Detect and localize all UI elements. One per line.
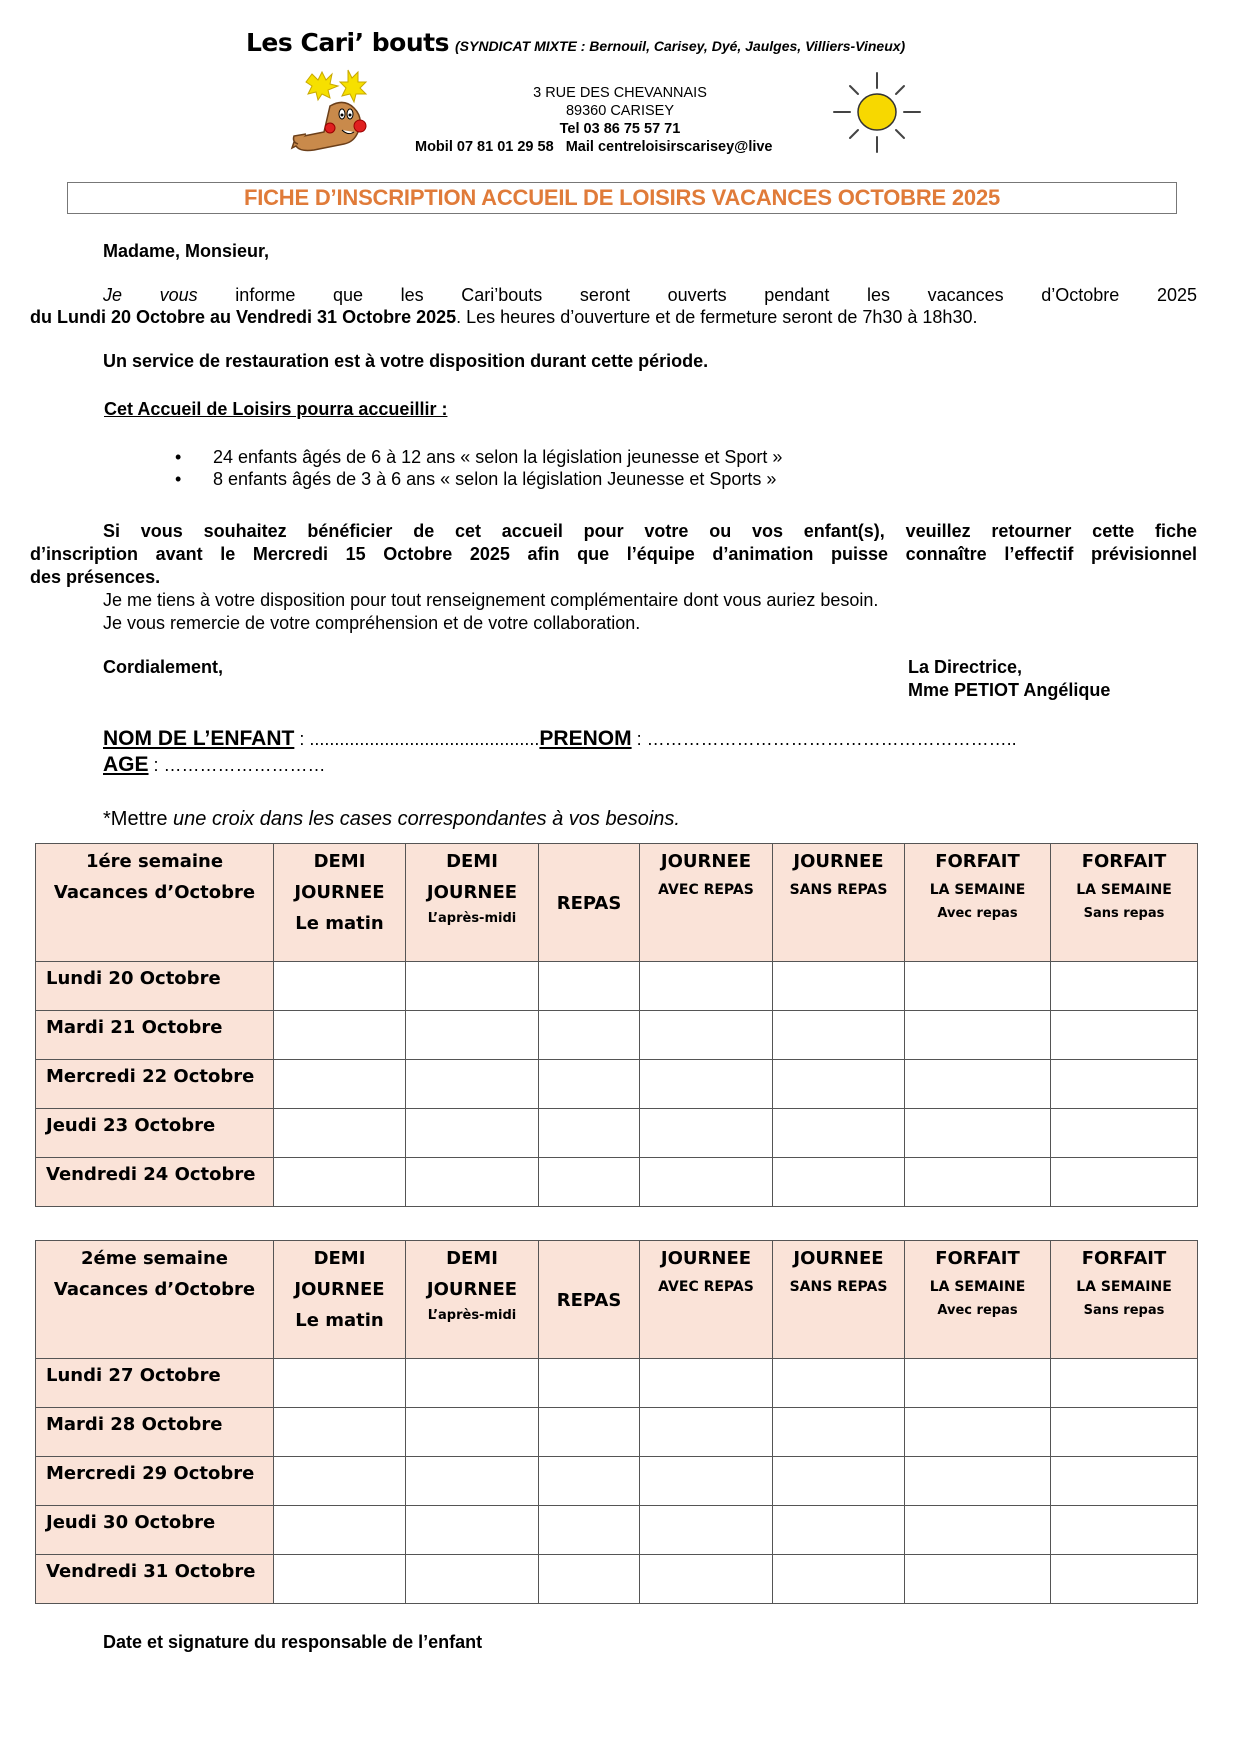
col-label: FORFAIT	[1051, 1243, 1197, 1274]
col-repas: REPAS	[539, 1241, 640, 1359]
week-title-line1: 2éme semaine	[36, 1243, 273, 1274]
day-label: Mardi 21 Octobre	[36, 1011, 274, 1060]
checkbox-cell-forfait-avec-repas[interactable]	[905, 962, 1051, 1011]
col-label: L’après-midi	[406, 908, 538, 930]
checkbox-cell-demi-apres-midi[interactable]	[406, 1060, 539, 1109]
col-journee-sans-repas: JOURNEESANS REPAS	[773, 1241, 905, 1359]
day-label: Vendredi 24 Octobre	[36, 1158, 274, 1207]
checkbox-cell-demi-apres-midi[interactable]	[406, 1359, 539, 1408]
nom-label: NOM DE L’ENFANT	[103, 727, 294, 750]
return-para-line1: Si vous souhaitez bénéficier de cet accu…	[103, 520, 1197, 542]
col-forfait-sans-repas: FORFAITLA SEMAINESans repas	[1051, 844, 1198, 962]
checkbox-cell-repas[interactable]	[539, 1506, 640, 1555]
col-label: JOURNEE	[640, 846, 772, 877]
checkbox-cell-demi-matin[interactable]	[274, 1359, 406, 1408]
col-label: REPAS	[557, 1290, 622, 1311]
col-label: JOURNEE	[640, 1243, 772, 1274]
checkbox-cell-journee-avec-repas[interactable]	[640, 962, 773, 1011]
checkbox-cell-demi-apres-midi[interactable]	[406, 1011, 539, 1060]
table-row: Jeudi 23 Octobre	[36, 1109, 1198, 1158]
col-label: Avec repas	[905, 1300, 1050, 1322]
table-row: Mardi 28 Octobre	[36, 1408, 1198, 1457]
col-label: REPAS	[557, 893, 622, 914]
checkbox-cell-journee-sans-repas[interactable]	[773, 1506, 905, 1555]
checkbox-cell-forfait-avec-repas[interactable]	[905, 1060, 1051, 1109]
address-line1: 3 RUE DES CHEVANNAIS	[400, 84, 840, 102]
checkbox-cell-repas[interactable]	[539, 1109, 640, 1158]
checkbox-cell-forfait-sans-repas[interactable]	[1051, 1359, 1198, 1408]
day-label: Jeudi 30 Octobre	[36, 1506, 274, 1555]
day-label: Mercredi 22 Octobre	[36, 1060, 274, 1109]
checkbox-cell-demi-matin[interactable]	[274, 1060, 406, 1109]
capacity-heading: Cet Accueil de Loisirs pourra accueillir…	[104, 398, 447, 420]
checkbox-cell-forfait-avec-repas[interactable]	[905, 1158, 1051, 1207]
table-row: Mercredi 22 Octobre	[36, 1060, 1198, 1109]
week-table-1: 1ére semaineVacances d’OctobreDEMIJOURNE…	[35, 843, 1198, 1207]
col-label: FORFAIT	[905, 1243, 1050, 1274]
return-para-line2: d’inscription avant le Mercredi 15 Octob…	[30, 543, 1197, 565]
col-label: DEMI	[406, 846, 538, 877]
child-name-row: NOM DE L’ENFANT : ......................…	[103, 727, 1017, 751]
table-row: Vendredi 24 Octobre	[36, 1158, 1198, 1207]
checkbox-cell-repas[interactable]	[539, 1060, 640, 1109]
checkbox-cell-journee-avec-repas[interactable]	[640, 1060, 773, 1109]
greeting: Madame, Monsieur,	[103, 240, 269, 262]
prenom-field[interactable]: : ……………………………………………………..	[632, 729, 1017, 749]
nom-field[interactable]: : ......................................…	[294, 729, 539, 749]
opening-hours: . Les heures d’ouverture et de fermeture…	[456, 307, 977, 327]
checkbox-cell-forfait-avec-repas[interactable]	[905, 1011, 1051, 1060]
checkbox-cell-journee-sans-repas[interactable]	[773, 962, 905, 1011]
col-label: DEMI	[274, 1243, 405, 1274]
table-row: Mardi 21 Octobre	[36, 1011, 1198, 1060]
week-table-2: 2éme semaineVacances d’OctobreDEMIJOURNE…	[35, 1240, 1198, 1604]
checkbox-cell-forfait-sans-repas[interactable]	[1051, 1506, 1198, 1555]
instruction-star: *Mettre	[103, 808, 167, 830]
table-row: Vendredi 31 Octobre	[36, 1555, 1198, 1604]
checkbox-cell-repas[interactable]	[539, 1457, 640, 1506]
col-label: SANS REPAS	[773, 1274, 904, 1300]
col-label: LA SEMAINE	[1051, 877, 1197, 903]
phone: Tel 03 86 75 57 71	[400, 120, 840, 138]
table-row: Lundi 20 Octobre	[36, 962, 1198, 1011]
table-row: Mercredi 29 Octobre	[36, 1457, 1198, 1506]
checkbox-cell-demi-apres-midi[interactable]	[406, 1109, 539, 1158]
checkbox-cell-forfait-avec-repas[interactable]	[905, 1555, 1051, 1604]
checkbox-cell-journee-avec-repas[interactable]	[640, 1457, 773, 1506]
intro-line2: du Lundi 20 Octobre au Vendredi 31 Octob…	[30, 306, 1200, 328]
checkbox-cell-forfait-avec-repas[interactable]	[905, 1506, 1051, 1555]
checkbox-cell-journee-sans-repas[interactable]	[773, 1109, 905, 1158]
checkbox-cell-demi-matin[interactable]	[274, 1011, 406, 1060]
col-label: L’après-midi	[406, 1305, 538, 1327]
checkbox-cell-journee-avec-repas[interactable]	[640, 1158, 773, 1207]
col-demi-apres-midi: DEMIJOURNEEL’après-midi	[406, 1241, 539, 1359]
checkbox-cell-repas[interactable]	[539, 1555, 640, 1604]
col-label: FORFAIT	[1051, 846, 1197, 877]
form-title: FICHE D’INSCRIPTION ACCUEIL DE LOISIRS V…	[67, 182, 1177, 214]
return-para-line3: des présences.	[30, 566, 160, 588]
col-label: SANS REPAS	[773, 877, 904, 903]
col-label: JOURNEE	[406, 1274, 538, 1305]
address-line2: 89360 CARISEY	[400, 102, 840, 120]
prenom-label: PRENOM	[539, 727, 631, 750]
checkbox-cell-forfait-sans-repas[interactable]	[1051, 1408, 1198, 1457]
checkbox-cell-demi-apres-midi[interactable]	[406, 1408, 539, 1457]
col-label: JOURNEE	[406, 877, 538, 908]
checkbox-cell-demi-matin[interactable]	[274, 1109, 406, 1158]
week-title: 2éme semaineVacances d’Octobre	[36, 1241, 274, 1359]
checkbox-cell-repas[interactable]	[539, 1011, 640, 1060]
capacity-item: 8 enfants âgés de 3 à 6 ans « selon la l…	[213, 468, 782, 490]
checkbox-cell-forfait-sans-repas[interactable]	[1051, 1158, 1198, 1207]
col-repas: REPAS	[539, 844, 640, 962]
week-title-line2: Vacances d’Octobre	[36, 877, 273, 908]
restauration-notice: Un service de restauration est à votre d…	[103, 350, 708, 372]
checkbox-cell-demi-matin[interactable]	[274, 1555, 406, 1604]
age-label: AGE	[103, 753, 149, 776]
checkbox-cell-forfait-sans-repas[interactable]	[1051, 1109, 1198, 1158]
checkbox-cell-repas[interactable]	[539, 1359, 640, 1408]
col-demi-matin: DEMIJOURNEELe matin	[274, 844, 406, 962]
col-demi-matin: DEMIJOURNEELe matin	[274, 1241, 406, 1359]
org-subtitle: (SYNDICAT MIXTE : Bernouil, Carisey, Dyé…	[455, 38, 905, 54]
col-label: FORFAIT	[905, 846, 1050, 877]
col-label: JOURNEE	[773, 846, 904, 877]
week-title: 1ére semaineVacances d’Octobre	[36, 844, 274, 962]
checkbox-cell-journee-sans-repas[interactable]	[773, 1359, 905, 1408]
checkbox-cell-demi-apres-midi[interactable]	[406, 1158, 539, 1207]
checkbox-cell-demi-apres-midi[interactable]	[406, 962, 539, 1011]
col-journee-sans-repas: JOURNEESANS REPAS	[773, 844, 905, 962]
col-label: JOURNEE	[274, 1274, 405, 1305]
instruction: *Mettre une croix dans les cases corresp…	[103, 808, 680, 831]
capacity-item: 24 enfants âgés de 6 à 12 ans « selon la…	[213, 446, 782, 468]
capacity-list: 24 enfants âgés de 6 à 12 ans « selon la…	[213, 446, 782, 490]
checkbox-cell-forfait-sans-repas[interactable]	[1051, 1011, 1198, 1060]
disposition-text: Je me tiens à votre disposition pour tou…	[103, 589, 878, 611]
checkbox-cell-forfait-avec-repas[interactable]	[905, 1408, 1051, 1457]
col-label: JOURNEE	[274, 877, 405, 908]
checkbox-cell-journee-avec-repas[interactable]	[640, 1011, 773, 1060]
checkbox-cell-demi-apres-midi[interactable]	[406, 1555, 539, 1604]
col-label: AVEC REPAS	[640, 1274, 772, 1300]
signatory-role: La Directrice,	[908, 656, 1022, 678]
checkbox-cell-forfait-avec-repas[interactable]	[905, 1457, 1051, 1506]
signature-label: Date et signature du responsable de l’en…	[103, 1631, 482, 1653]
col-label: Le matin	[274, 908, 405, 939]
intro-line1: Je vous informe que les Cari’bouts seron…	[103, 284, 1197, 306]
instruction-text: une croix dans les cases correspondantes…	[167, 808, 680, 830]
organization-name: Les Cari’ bouts(SYNDICAT MIXTE : Bernoui…	[246, 28, 905, 57]
col-label: Sans repas	[1051, 1300, 1197, 1322]
checkbox-cell-journee-sans-repas[interactable]	[773, 1011, 905, 1060]
checkbox-cell-journee-avec-repas[interactable]	[640, 1506, 773, 1555]
day-label: Lundi 20 Octobre	[36, 962, 274, 1011]
intro-italic: Je vous	[103, 285, 198, 305]
mobile-and-mail: Mobil 07 81 01 29 58 Mail centreloisirsc…	[400, 138, 820, 156]
day-label: Mardi 28 Octobre	[36, 1408, 274, 1457]
org-name-text: Les Cari’ bouts	[246, 28, 449, 57]
col-label: LA SEMAINE	[1051, 1274, 1197, 1300]
col-label: LA SEMAINE	[905, 1274, 1050, 1300]
checkbox-cell-demi-matin[interactable]	[274, 962, 406, 1011]
child-age-row: AGE : ………………………	[103, 753, 326, 777]
col-journee-avec-repas: JOURNEEAVEC REPAS	[640, 844, 773, 962]
signatory-name: Mme PETIOT Angélique	[908, 679, 1110, 701]
col-label: AVEC REPAS	[640, 877, 772, 903]
day-label: Vendredi 31 Octobre	[36, 1555, 274, 1604]
checkbox-cell-forfait-sans-repas[interactable]	[1051, 962, 1198, 1011]
checkbox-cell-repas[interactable]	[539, 1158, 640, 1207]
checkbox-cell-demi-matin[interactable]	[274, 1506, 406, 1555]
checkbox-cell-demi-matin[interactable]	[274, 1457, 406, 1506]
checkbox-cell-journee-avec-repas[interactable]	[640, 1359, 773, 1408]
checkbox-cell-journee-avec-repas[interactable]	[640, 1109, 773, 1158]
checkbox-cell-journee-sans-repas[interactable]	[773, 1060, 905, 1109]
contact-block: 3 RUE DES CHEVANNAIS 89360 CARISEY Tel 0…	[400, 84, 840, 156]
checkbox-cell-journee-sans-repas[interactable]	[773, 1555, 905, 1604]
intro-rest: informe que les Cari’bouts seront ouvert…	[198, 285, 1197, 305]
checkbox-cell-forfait-sans-repas[interactable]	[1051, 1555, 1198, 1604]
checkbox-cell-forfait-avec-repas[interactable]	[905, 1109, 1051, 1158]
col-forfait-avec-repas: FORFAITLA SEMAINEAvec repas	[905, 1241, 1051, 1359]
week-title-line2: Vacances d’Octobre	[36, 1274, 273, 1305]
checkbox-cell-demi-apres-midi[interactable]	[406, 1506, 539, 1555]
checkbox-cell-demi-matin[interactable]	[274, 1158, 406, 1207]
col-label: DEMI	[274, 846, 405, 877]
col-label: Sans repas	[1051, 903, 1197, 925]
col-journee-avec-repas: JOURNEEAVEC REPAS	[640, 1241, 773, 1359]
checkbox-cell-journee-avec-repas[interactable]	[640, 1555, 773, 1604]
col-label: DEMI	[406, 1243, 538, 1274]
checkbox-cell-journee-sans-repas[interactable]	[773, 1457, 905, 1506]
checkbox-cell-forfait-sans-repas[interactable]	[1051, 1060, 1198, 1109]
col-label: JOURNEE	[773, 1243, 904, 1274]
day-label: Mercredi 29 Octobre	[36, 1457, 274, 1506]
col-forfait-sans-repas: FORFAITLA SEMAINESans repas	[1051, 1241, 1198, 1359]
col-label: LA SEMAINE	[905, 877, 1050, 903]
checkbox-cell-demi-matin[interactable]	[274, 1408, 406, 1457]
sun-icon	[832, 70, 922, 155]
opening-dates: du Lundi 20 Octobre au Vendredi 31 Octob…	[30, 307, 456, 327]
table-row: Lundi 27 Octobre	[36, 1359, 1198, 1408]
closing: Cordialement,	[103, 656, 223, 678]
thanks-text: Je vous remercie de votre compréhension …	[103, 612, 640, 634]
checkbox-cell-repas[interactable]	[539, 1408, 640, 1457]
col-label: Avec repas	[905, 903, 1050, 925]
col-label: Le matin	[274, 1305, 405, 1336]
col-forfait-avec-repas: FORFAITLA SEMAINEAvec repas	[905, 844, 1051, 962]
checkbox-cell-forfait-sans-repas[interactable]	[1051, 1457, 1198, 1506]
col-demi-apres-midi: DEMIJOURNEEL’après-midi	[406, 844, 539, 962]
age-field[interactable]: : ………………………	[149, 755, 326, 775]
day-label: Jeudi 23 Octobre	[36, 1109, 274, 1158]
reindeer-icon	[290, 66, 400, 156]
checkbox-cell-forfait-avec-repas[interactable]	[905, 1359, 1051, 1408]
checkbox-cell-demi-apres-midi[interactable]	[406, 1457, 539, 1506]
checkbox-cell-journee-sans-repas[interactable]	[773, 1158, 905, 1207]
checkbox-cell-journee-avec-repas[interactable]	[640, 1408, 773, 1457]
day-label: Lundi 27 Octobre	[36, 1359, 274, 1408]
checkbox-cell-journee-sans-repas[interactable]	[773, 1408, 905, 1457]
table-row: Jeudi 30 Octobre	[36, 1506, 1198, 1555]
week-title-line1: 1ére semaine	[36, 846, 273, 877]
checkbox-cell-repas[interactable]	[539, 962, 640, 1011]
